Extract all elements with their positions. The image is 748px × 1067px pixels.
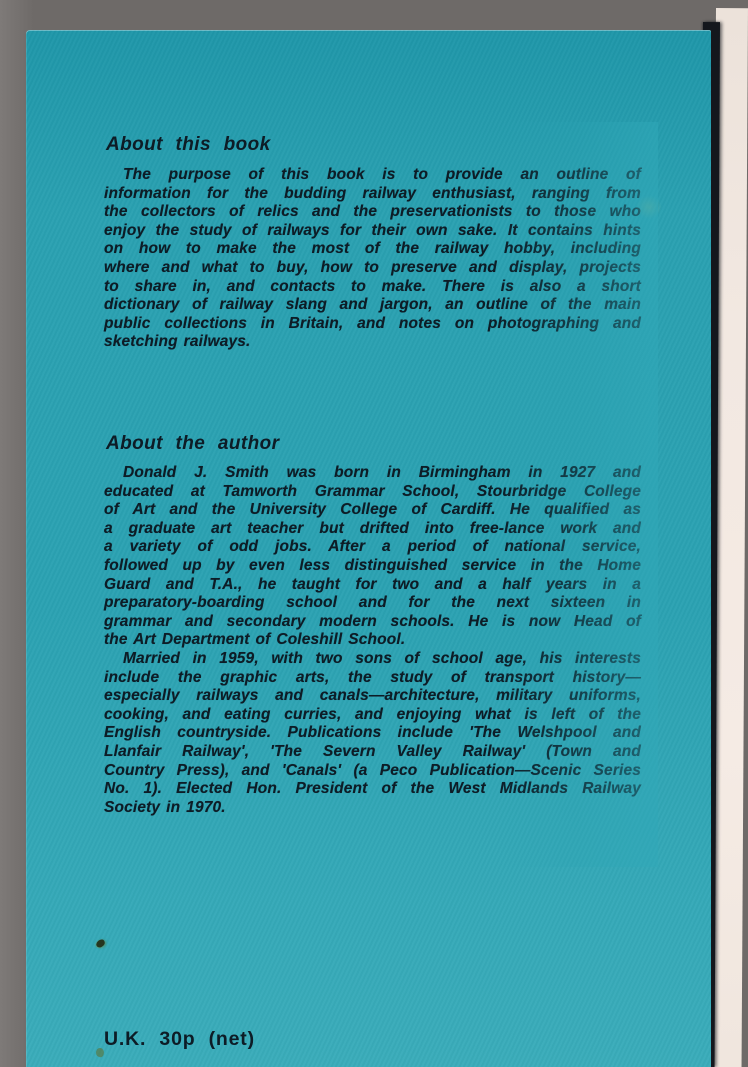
text-line: of Art and the University College of Car…	[104, 501, 641, 520]
text-line: English countryside. Publications includ…	[104, 724, 641, 743]
text-line: grammar and secondary modern schools. He…	[104, 613, 641, 632]
text-line: a variety of odd jobs. After a period of…	[104, 538, 641, 557]
text-line: followed up by even less distinguished s…	[104, 557, 641, 576]
text-line: Society in 1970.	[104, 799, 641, 818]
about-author-paragraph-1: Donald J. Smith was born in Birmingham i…	[104, 464, 641, 650]
text-line: The purpose of this book is to provide a…	[104, 166, 641, 185]
about-author-heading: About the author	[106, 433, 646, 455]
text-line: Donald J. Smith was born in Birmingham i…	[104, 464, 641, 483]
text-line: a graduate art teacher but drifted into …	[104, 520, 641, 539]
text-line: Country Press), and 'Canals' (a Peco Pub…	[104, 762, 641, 781]
about-author-paragraph-2: Married in 1959, with two sons of school…	[104, 650, 641, 817]
about-author-paragraphs: Donald J. Smith was born in Birmingham i…	[104, 464, 641, 817]
text-line: especially railways and canals—architect…	[104, 687, 641, 706]
text-line: the Art Department of Coleshill School.	[104, 631, 641, 650]
price-label: U.K. 30p (net)	[104, 1028, 255, 1051]
text-line: enjoy the study of railways for their ow…	[104, 222, 641, 241]
text-line: preparatory-boarding school and for the …	[104, 594, 641, 613]
text-line: information for the budding railway enth…	[104, 185, 641, 204]
text-line: No. 1). Elected Hon. President of the We…	[104, 780, 641, 799]
about-book-heading: About this book	[106, 134, 646, 156]
text-line: Guard and T.A., he taught for two and a …	[104, 576, 641, 595]
text-line: sketching railways.	[104, 333, 641, 352]
text-line: public collections in Britain, and notes…	[104, 315, 641, 334]
text-line: the collectors of relics and the preserv…	[104, 203, 641, 222]
about-book-paragraph: The purpose of this book is to provide a…	[104, 166, 641, 352]
text-line: to share in, and contacts to make. There…	[104, 278, 641, 297]
text-line: dictionary of railway slang and jargon, …	[104, 296, 641, 315]
text-line: where and what to buy, how to preserve a…	[104, 259, 641, 278]
text-line: cooking, and eating curries, and enjoyin…	[104, 706, 641, 725]
text-line: Married in 1959, with two sons of school…	[104, 650, 641, 669]
stain-mark	[636, 195, 662, 219]
text-line: include the graphic arts, the study of t…	[104, 669, 641, 688]
text-line: Llanfair Railway', 'The Severn Valley Ra…	[104, 743, 641, 762]
ink-speck	[95, 938, 106, 948]
text-line: educated at Tamworth Grammar School, Sto…	[104, 483, 641, 502]
text-line: on how to make the most of the railway h…	[104, 240, 641, 259]
book-back-cover: About this book The purpose of this book…	[26, 30, 711, 1067]
